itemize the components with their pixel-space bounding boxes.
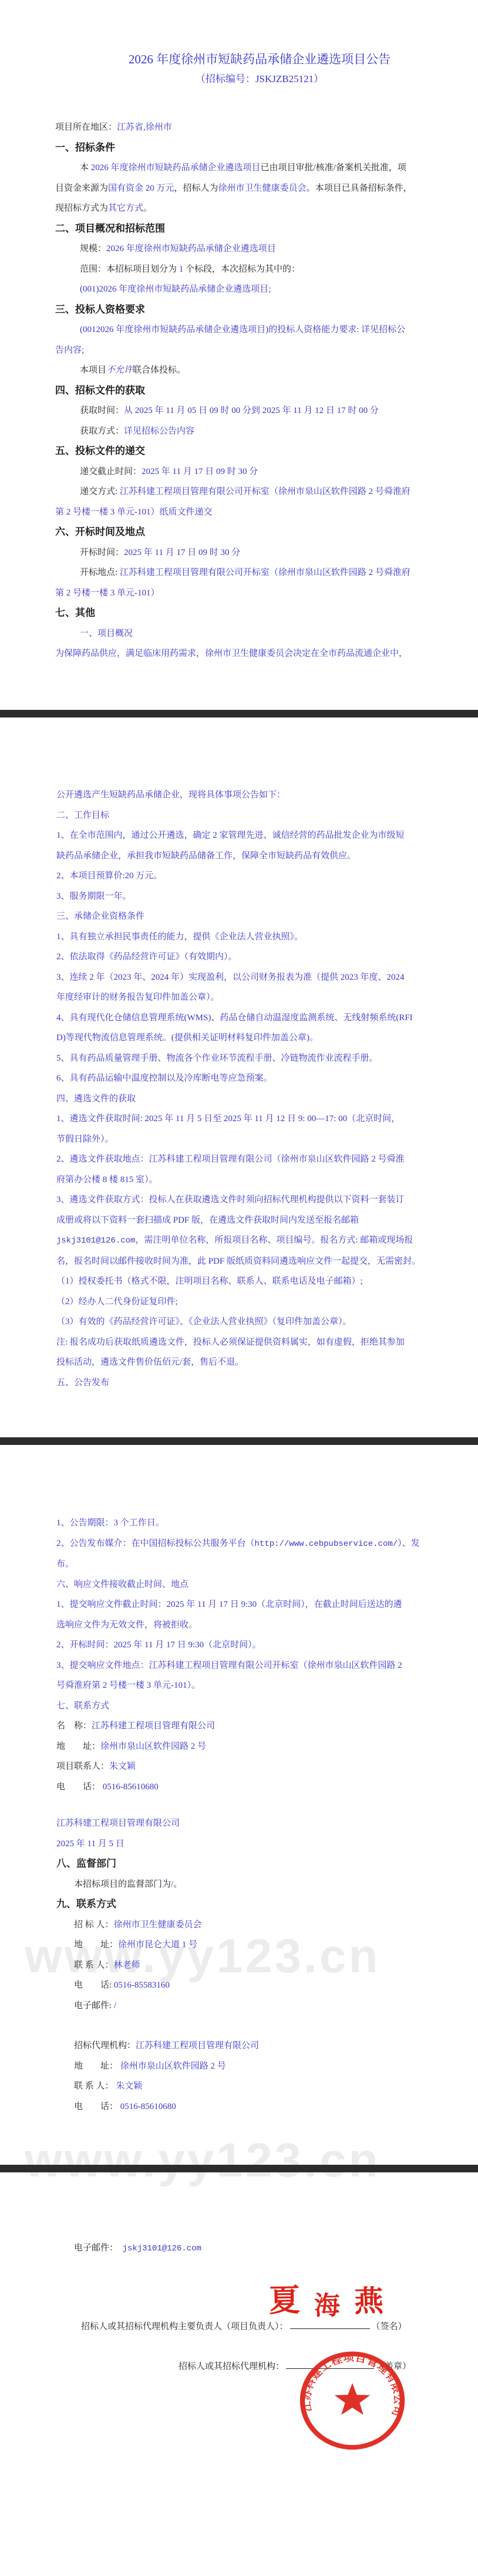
section-bidder-qualification: 三、投标人资格要求 (0012026 年度徐州市短缺药品承储企业遴选项目)的投标… bbox=[55, 300, 464, 381]
section-body: 本 2026 年度徐州市短缺药品承储企业遴选项目已由项目审批/核准/备案机关批准… bbox=[55, 158, 464, 219]
page-title: 2026 年度徐州市短缺药品承储企业遴选项目公告 bbox=[55, 50, 464, 68]
text-segment: 注: 报名成功后获取纸质遴选文件，投标人必须保证提供资料属实，如有虚假，拒绝其参… bbox=[56, 1338, 405, 1347]
text-segment: 2025 年 11 月 17 日 09 时 30 分 bbox=[142, 467, 258, 476]
text-line: 电子邮件： jskj3101@126.com bbox=[56, 2238, 466, 2259]
text-line: 三、承储企业资格条件 bbox=[56, 906, 466, 927]
text-line: 3、提交响应文件地点：江苏科建工程项目管理有限公司开标室（徐州市泉山区软件园路 … bbox=[56, 1656, 466, 1676]
section-tender-conditions: 一、招标条件 本 2026 年度徐州市短缺药品承储企业遴选项目已由项目审批/核准… bbox=[55, 138, 464, 219]
text-segment: 本项目 bbox=[80, 365, 106, 375]
text-line: 1、公告期限：3 个工作日。 bbox=[56, 1513, 466, 1534]
text-line: 2025 年 11 月 5 日 bbox=[56, 1834, 466, 1854]
signature-char: 海 bbox=[314, 2293, 341, 2325]
text-segment: 江苏科建工程项目管理有限公司 bbox=[92, 1721, 215, 1731]
page-break-bar bbox=[0, 2165, 478, 2172]
text-line: 七、联系方式 bbox=[56, 1696, 466, 1717]
section-body: 开标时间：2025 年 11 月 17 日 09 时 30 分开标地点: 江苏科… bbox=[55, 543, 464, 604]
page-3: 1、公告期限：3 个工作日。2、公告发布媒介：在中国招标投标公共服务平台（htt… bbox=[0, 1445, 478, 2165]
text-segment: 1、公告期限：3 个工作日。 bbox=[56, 1518, 164, 1528]
text-line: （1）授权委托书（格式不限，注明项目名称、联系人、联系电话及电子邮箱）; bbox=[56, 1271, 466, 1292]
text-segment: 0516-85610680 bbox=[103, 1782, 159, 1792]
text-segment: 名 称： bbox=[56, 1721, 92, 1731]
text-segment: 0516-85610680 bbox=[120, 2102, 176, 2111]
text-segment: 3、遴选文件获取方式：投标人在获取遴选文件时须向招标代理机构提供以下资料一套装订 bbox=[56, 1195, 405, 1204]
text-segment: 其它方式 bbox=[108, 204, 143, 213]
text-line: 名，报名时间以邮件接收时间为准，此 PDF 版纸质资料同遴选响应文件一起提交，无… bbox=[56, 1251, 466, 1272]
text-segment: 徐州市昆仑大道 1 号 bbox=[118, 1940, 197, 1949]
text-segment: 获取时间： bbox=[80, 406, 124, 415]
section-heading: 六、开标时间及地点 bbox=[55, 522, 464, 543]
text-segment: 八、监督部门 bbox=[56, 1858, 116, 1869]
text-segment: （1）授权委托书（格式不限，注明项目名称、联系人、联系电话及电子邮箱）; bbox=[56, 1277, 363, 1286]
section-heading: 七、其他 bbox=[55, 603, 464, 624]
text-segment: 九、联系方式 bbox=[56, 1898, 116, 1910]
text-line: 地 址：徐州市昆仑大道 1 号 bbox=[56, 1935, 466, 1955]
text-segment: 招 标 人： bbox=[74, 1920, 114, 1930]
text-segment: 地 址： bbox=[56, 1742, 100, 1751]
text-segment: 四、遴选文件的获取 bbox=[56, 1094, 136, 1103]
text-line: 一、项目概况 bbox=[55, 624, 464, 644]
text-line: 府第办公楼 8 楼 815 室）。 bbox=[56, 1170, 466, 1190]
text-line: 本招标项目的监督部门为/。 bbox=[56, 1874, 466, 1895]
text-line: 2、遴选文件获取地点：江苏科建工程项目管理有限公司（徐州市泉山区软件园路 2 号… bbox=[56, 1149, 466, 1170]
text-line: 3、遴选文件获取方式：投标人在获取遴选文件时须向招标代理机构提供以下资料一套装订 bbox=[56, 1190, 466, 1210]
text-segment: （2）经办人二代身份证复印件; bbox=[56, 1297, 178, 1306]
text-segment: ）、发 bbox=[398, 1539, 420, 1548]
section-body: 递交截止时间：2025 年 11 月 17 日 09 时 30 分递交方式: 江… bbox=[55, 462, 464, 523]
text-segment: 一、项目概况 bbox=[80, 629, 133, 638]
text-segment: 递交截止时间： bbox=[80, 467, 142, 476]
text-segment: 电 话： bbox=[74, 2102, 120, 2111]
text-segment: 招标代理机构： bbox=[74, 2041, 136, 2050]
text-segment: 徐州市泉山区软件园路 2 号 bbox=[100, 1742, 206, 1751]
text-segment: (001)2026 年度徐州市短缺药品承储企业遴选项目; bbox=[80, 285, 271, 294]
text-segment: 6、具有药品运输中温度控制以及冷库断电等应急预案。 bbox=[56, 1074, 272, 1083]
section-project-overview: 二、项目概况和招标范围 规模：2026 年度徐州市短缺药品承储企业遴选项目范围：… bbox=[55, 219, 464, 300]
text-line: 联 系 人： 朱文颖 bbox=[56, 2076, 466, 2097]
text-segment: 2026 年度徐州市短缺药品承储企业遴选项目 bbox=[91, 163, 261, 172]
text-line: 项目联系人：朱文颖 bbox=[56, 1756, 466, 1777]
text-segment: 1、遴选文件获取时间: 2025 年 11 月 5 日至 2025 年 11 月… bbox=[56, 1114, 400, 1123]
text-segment: (0012026 年度徐州市短缺药品承储企业遴选项目)的投标人资格能力要求: 详… bbox=[80, 325, 405, 334]
text-segment: 林老师 bbox=[114, 1961, 140, 1970]
text-line: 获取方式：详见招标公告内容 bbox=[55, 421, 464, 442]
text-line: 1、具有独立承担民事责任的能力，提供《企业法人营业执照》。 bbox=[56, 927, 466, 947]
text-line: (001)2026 年度徐州市短缺药品承储企业遴选项目; bbox=[55, 279, 464, 300]
text-segment: 国有资金 20 万元 bbox=[108, 184, 174, 193]
text-segment: 电 话: bbox=[74, 1981, 114, 1990]
text-segment: 目资金来源为 bbox=[55, 184, 108, 193]
text-line: 布。 bbox=[56, 1554, 466, 1575]
text-segment: 。 bbox=[173, 1880, 182, 1889]
text-segment: 1、具有独立承担民事责任的能力，提供《企业法人营业执照》。 bbox=[56, 932, 303, 942]
text-line: 节假日除外）。 bbox=[56, 1129, 466, 1150]
tender-number: （招标编号：JSKJZB25121） bbox=[55, 72, 464, 87]
text-segment: 开标地点: bbox=[80, 568, 120, 577]
text-segment: 江苏科建工程项目管理有限公司开标室（徐州市泉山区软件园路 2 号舜淮府 bbox=[120, 487, 410, 496]
text-line: 1、提交响应文件截止时间：2025 年 11 月 17 日 9:30（北京时间）… bbox=[56, 1595, 466, 1615]
text-segment: 江苏科建工程项目管理有限公司开标室（徐州市泉山区软件园路 2 号舜淮府 bbox=[120, 568, 410, 577]
text-segment: 联 系 人： bbox=[74, 2081, 116, 2091]
text-line: 递交方式: 江苏科建工程项目管理有限公司开标室（徐州市泉山区软件园路 2 号舜淮… bbox=[55, 482, 464, 502]
text-line: 江苏科建工程项目管理有限公司 bbox=[56, 1813, 466, 1834]
text-segment: ，需注明单位名称，所报项目名称、项目编号。报名方式: 邮箱或现场报 bbox=[135, 1235, 413, 1245]
text-segment: 公开遴选产生短缺药品承储企业，现将具体事项公告如下： bbox=[56, 790, 285, 800]
text-segment: 已由项目审批/核准/备案机关批准，项 bbox=[261, 163, 406, 172]
text-line: 电 话: 0516-85583160 bbox=[56, 1975, 466, 1996]
text-segment: 4、具有现代化仓储信息管理系统(WMS)、药品仓储自动温湿度监测系统、无线射频系… bbox=[56, 1013, 413, 1023]
text-line: 投标活动，遴选文件售价伍佰元/套，售后不退。 bbox=[56, 1352, 466, 1373]
text-line: 范围：本招标项目划分为 1 个标段，本次招标为其中的： bbox=[55, 259, 464, 280]
text-line: 名 称：江苏科建工程项目管理有限公司 bbox=[56, 1716, 466, 1736]
text-segment: 朱文颖 bbox=[109, 1762, 136, 1771]
section-body: 规模：2026 年度徐州市短缺药品承储企业遴选项目范围：本招标项目划分为 1 个… bbox=[55, 239, 464, 300]
text-segment: 3、服务期限一年。 bbox=[56, 892, 132, 901]
page-2: 公开遴选产生短缺药品承储企业，现将具体事项公告如下：二、工作目标1、在全市范围内… bbox=[0, 717, 478, 1437]
text-segment: jskj3101@126.com bbox=[123, 2244, 201, 2253]
text-line: 递交截止时间：2025 年 11 月 17 日 09 时 30 分 bbox=[55, 462, 464, 482]
text-segment: 江苏科建工程项目管理有限公司 bbox=[136, 2041, 259, 2050]
text-segment: 徐州市泉山区软件园路 2 号 bbox=[120, 2062, 226, 2071]
text-segment: 年度经审计的财务报告复印件加盖公章）。 bbox=[56, 993, 220, 1002]
section-heading: 二、项目概况和招标范围 bbox=[55, 219, 464, 239]
text-line: 二、工作目标 bbox=[56, 805, 466, 826]
text-segment: 江苏省,徐州市 bbox=[117, 123, 172, 132]
text-segment: 五、公告发布 bbox=[56, 1378, 109, 1387]
text-line: 公开遴选产生短缺药品承储企业，现将具体事项公告如下： bbox=[56, 785, 466, 805]
section-bid-submission: 五、投标文件的递交 递交截止时间：2025 年 11 月 17 日 09 时 3… bbox=[55, 441, 464, 522]
text-segment: 联 系 人： bbox=[74, 1961, 114, 1970]
section-body: 一、项目概况为保障药品供应，满足临床用药需求，徐州市卫生健康委员会决定在全市药品… bbox=[55, 624, 464, 664]
text-line: 1、遴选文件获取时间: 2025 年 11 月 5 日至 2025 年 11 月… bbox=[56, 1109, 466, 1129]
section-heading: 四、招标文件的获取 bbox=[55, 381, 464, 401]
text-line: 地 址：徐州市泉山区软件园路 2 号 bbox=[56, 1736, 466, 1757]
text-line: 招标人或其招标代理机构主要负责人（项目负责人）：（签名） bbox=[56, 2317, 466, 2337]
text-segment: 地 址： bbox=[74, 2062, 120, 2071]
text-segment: 布。 bbox=[56, 1559, 74, 1569]
section-bid-opening: 六、开标时间及地点 开标时间：2025 年 11 月 17 日 09 时 30 … bbox=[55, 522, 464, 603]
section-document-acquisition: 四、招标文件的获取 获取时间：从 2025 年 11 月 05 日 09 时 0… bbox=[55, 381, 464, 442]
text-segment: 投标活动，遴选文件售价伍佰元/套，售后不退。 bbox=[56, 1358, 244, 1367]
text-segment: 告内容; bbox=[55, 346, 84, 355]
section-body: 获取时间：从 2025 年 11 月 05 日 09 时 00 分到 2025 … bbox=[55, 401, 464, 441]
text-line: 5、具有药品质量管理手册、物流各个作业环节流程手册、冷链物流作业流程手册。 bbox=[56, 1048, 466, 1069]
section-body: (0012026 年度徐州市短缺药品承储企业遴选项目)的投标人资格能力要求: 详… bbox=[55, 320, 464, 381]
text-segment: 六、响应文件接收截止时间、地点 bbox=[56, 1580, 188, 1589]
text-segment: （3）有效的《药品经营许可证》、《企业法人营业执照》（复印件加盖公章）。 bbox=[56, 1317, 352, 1326]
page-3-body: 1、公告期限：3 个工作日。2、公告发布媒介：在中国招标投标公共服务平台（htt… bbox=[56, 1513, 466, 2117]
text-line: jskj3101@126.com，需注明单位名称，所报项目名称、项目编号。报名方… bbox=[56, 1230, 466, 1251]
text-line: 开标时间：2025 年 11 月 17 日 09 时 30 分 bbox=[55, 543, 464, 563]
text-segment: D)等现代物流信息管理系统。(提供相关证明材料复印件加盖公章)。 bbox=[56, 1033, 318, 1042]
text-segment: 2026 年度徐州市短缺药品承储企业遴选项目 bbox=[106, 244, 276, 253]
text-line: 4、具有现代化仓储信息管理系统(WMS)、药品仓储自动温湿度监测系统、无线射频系… bbox=[56, 1008, 466, 1028]
section-others: 七、其他 一、项目概况为保障药品供应，满足临床用药需求，徐州市卫生健康委员会决定… bbox=[55, 603, 464, 664]
page-break-bar bbox=[0, 1437, 478, 1445]
text-segment: 3、提交响应文件地点：江苏科建工程项目管理有限公司开标室（徐州市泉山区软件园路 … bbox=[56, 1661, 402, 1670]
text-line: （3）有效的《药品经营许可证》、《企业法人营业执照》（复印件加盖公章）。 bbox=[56, 1312, 466, 1332]
text-line: 2、依法取得《药品经营许可证》（有效期内）。 bbox=[56, 947, 466, 967]
text-line: 获取时间：从 2025 年 11 月 05 日 09 时 00 分到 2025 … bbox=[55, 401, 464, 421]
text-segment: 从 2025 年 11 月 05 日 09 时 00 分到 2025 年 11 … bbox=[124, 406, 379, 415]
text-line: 招标代理机构：江苏科建工程项目管理有限公司 bbox=[56, 2036, 466, 2056]
text-segment: 朱文颖 bbox=[116, 2081, 142, 2091]
text-segment: 选响应文件为无效文件，将被拒收。 bbox=[56, 1620, 197, 1630]
text-line: 6、具有药品运输中温度控制以及冷库断电等应急预案。 bbox=[56, 1068, 466, 1089]
text-line: 电 话： 0516-85610680 bbox=[56, 1777, 466, 1798]
text-line: 本 2026 年度徐州市短缺药品承储企业遴选项目已由项目审批/核准/备案机关批准… bbox=[55, 158, 464, 178]
page-2-body: 公开遴选产生短缺药品承储企业，现将具体事项公告如下：二、工作目标1、在全市范围内… bbox=[56, 785, 466, 1393]
text-line: 电 话： 0516-85610680 bbox=[56, 2097, 466, 2117]
text-segment: 项目所在地区： bbox=[55, 123, 117, 132]
text-line: 招 标 人：徐州市卫生健康委员会 bbox=[56, 1915, 466, 1935]
text-line: 电子邮件: / bbox=[56, 1996, 466, 2016]
text-segment: 详见招标公告内容 bbox=[124, 426, 194, 436]
text-segment: 招标人或其招标代理机构： bbox=[179, 2362, 284, 2371]
text-segment: 现招标方式为 bbox=[55, 204, 108, 213]
project-region-line: 项目所在地区：江苏省,徐州市 bbox=[55, 117, 464, 138]
text-segment: 为保障药品供应，满足临床用药需求，徐州市卫生健康委员会决定在全市药品流通企业中， bbox=[55, 649, 408, 658]
text-segment: 三、承储企业资格条件 bbox=[56, 912, 144, 921]
page-break-bar bbox=[0, 710, 478, 717]
text-line: （2）经办人二代身份证复印件; bbox=[56, 1292, 466, 1312]
text-line: D)等现代物流信息管理系统。(提供相关证明材料复印件加盖公章)。 bbox=[56, 1028, 466, 1048]
text-segment: 2、公告发布媒介：在中国招标投标公共服务平台（ bbox=[56, 1539, 255, 1548]
section-heading: 八、监督部门 bbox=[56, 1854, 466, 1874]
text-segment: 范围：本招标项目划分为 bbox=[80, 265, 179, 274]
text-segment: 地 址： bbox=[74, 1940, 118, 1949]
text-segment: 。 bbox=[143, 204, 152, 213]
text-segment: 第 2 号楼一楼 3 单元-101）纸质文件递交 bbox=[55, 507, 213, 517]
text-segment: 2、本项目预算价:20 万元。 bbox=[56, 871, 162, 881]
text-segment: 第 2 号楼一楼 3 单元-101） bbox=[55, 588, 160, 598]
page-4: 电子邮件： jskj3101@126.com招标人或其招标代理机构主要负责人（项… bbox=[0, 2172, 478, 2576]
text-line: (0012026 年度徐州市短缺药品承储企业遴选项目)的投标人资格能力要求: 详… bbox=[55, 320, 464, 340]
text-segment: ，招标人为 bbox=[174, 184, 218, 193]
text-segment: 江苏科建工程项目管理有限公司 bbox=[56, 1819, 180, 1828]
text-line: 缺药品承储企业，承担我市短缺药品储备工作，保障全市短缺药品有效供应。 bbox=[56, 846, 466, 866]
text-line: 1、在全市范围内，通过公开遴选，确定 2 家管理先进、诚信经营的药品批发企业为市… bbox=[56, 825, 466, 846]
text-line: 五、公告发布 bbox=[56, 1373, 466, 1393]
text-segment: 联合体投标。 bbox=[133, 365, 186, 375]
text-segment: 2025 年 11 月 5 日 bbox=[56, 1839, 124, 1849]
section-heading: 三、投标人资格要求 bbox=[55, 300, 464, 320]
text-line: 告内容; bbox=[55, 340, 464, 361]
text-segment: 缺药品承储企业，承担我市短缺药品储备工作，保障全市短缺药品有效供应。 bbox=[56, 851, 356, 861]
text-line: 现招标方式为其它方式。 bbox=[55, 198, 464, 219]
text-line: 3、服务期限一年。 bbox=[56, 886, 466, 907]
signature-char: 燕 bbox=[354, 2286, 383, 2318]
text-segment: / bbox=[114, 2001, 116, 2010]
text-segment: （签名） bbox=[372, 2322, 407, 2331]
signature-char: 夏 bbox=[268, 2286, 300, 2317]
text-segment: 2、开标时间：2025 年 11 月 17 日 9:30（北京时间）。 bbox=[56, 1640, 261, 1650]
text-segment: 电 话： bbox=[56, 1782, 103, 1792]
text-line: 2、开标时间：2025 年 11 月 17 日 9:30（北京时间）。 bbox=[56, 1635, 466, 1656]
text-segment: jskj3101@126.com bbox=[56, 1236, 135, 1245]
text-segment: 电子邮件： bbox=[74, 2243, 123, 2253]
page-1: 2026 年度徐州市短缺药品承储企业遴选项目公告 （招标编号：JSKJZB251… bbox=[0, 0, 478, 710]
section-heading: 九、联系方式 bbox=[56, 1894, 466, 1915]
text-segment: 获取方式： bbox=[80, 426, 124, 436]
text-line: 成册或将以下资料一套扫描成 PDF 版，在遴选文件获取时间内发送至报名邮箱 bbox=[56, 1210, 466, 1231]
text-segment: 5、具有药品质量管理手册、物流各个作业环节流程手册、冷链物流作业流程手册。 bbox=[56, 1054, 378, 1063]
text-line: 为保障药品供应，满足临床用药需求，徐州市卫生健康委员会决定在全市药品流通企业中， bbox=[55, 644, 464, 664]
text-segment: 七、联系方式 bbox=[56, 1701, 109, 1711]
text-segment: 府第办公楼 8 楼 815 室）。 bbox=[56, 1175, 158, 1184]
text-line: 联 系 人：林老师 bbox=[56, 1955, 466, 1976]
text-segment: 。本项目已具备招标条件， bbox=[307, 184, 412, 193]
section-heading: 五、投标文件的递交 bbox=[55, 441, 464, 462]
text-segment: http://www.cebpubservice.com/ bbox=[255, 1539, 398, 1549]
text-line: 目资金来源为国有资金 20 万元，招标人为徐州市卫生健康委员会。本项目已具备招标… bbox=[55, 178, 464, 199]
text-segment: 规模： bbox=[80, 244, 106, 253]
text-segment: 号舜淮府第 2 号楼一楼 3 单元-101）。 bbox=[56, 1681, 200, 1690]
text-segment: 二、工作目标 bbox=[56, 811, 109, 820]
text-line: 年度经审计的财务报告复印件加盖公章）。 bbox=[56, 987, 466, 1008]
text-segment: 1、在全市范围内，通过公开遴选，确定 2 家管理先进、诚信经营的药品批发企业为市… bbox=[56, 831, 405, 840]
seal-star-icon bbox=[335, 2383, 371, 2415]
text-segment: 成册或将以下资料一套扫描成 PDF 版，在遴选文件获取时间内发送至报名邮箱 bbox=[56, 1216, 359, 1225]
text-segment: 电子邮件: bbox=[74, 2001, 114, 2010]
text-segment: 本 bbox=[80, 163, 91, 172]
text-segment: 招标人或其招标代理机构主要负责人（项目负责人）： bbox=[81, 2322, 288, 2331]
text-line: 本项目不允许联合体投标。 bbox=[55, 360, 464, 381]
text-line: 规模：2026 年度徐州市短缺药品承储企业遴选项目 bbox=[55, 239, 464, 259]
text-segment: 个标段，本次招标为其中的： bbox=[183, 265, 300, 274]
text-segment: 2、依法取得《药品经营许可证》（有效期内）。 bbox=[56, 952, 237, 962]
text-line: 3、连续 2 年（2023 年、2024 年）实现盈利，以公司财务报表为准（提供… bbox=[56, 967, 466, 988]
text-line: 2、公告发布媒介：在中国招标投标公共服务平台（http://www.cebpub… bbox=[56, 1534, 466, 1555]
text-segment: 不允许 bbox=[106, 365, 133, 375]
text-line: 地 址： 徐州市泉山区软件园路 2 号 bbox=[56, 2056, 466, 2077]
section-heading: 一、招标条件 bbox=[55, 138, 464, 158]
text-line: 六、响应文件接收截止时间、地点 bbox=[56, 1575, 466, 1595]
text-segment: 本招标项目的监督部门为 bbox=[74, 1880, 171, 1889]
text-segment: 3、连续 2 年（2023 年、2024 年）实现盈利，以公司财务报表为准（提供… bbox=[56, 973, 405, 982]
text-segment: 0516-85583160 bbox=[114, 1981, 170, 1990]
document-page: www.yy123.cn www.yy123.cn 2026 年度徐州市短缺药品… bbox=[0, 0, 478, 2576]
text-segment: 递交方式: bbox=[80, 487, 120, 496]
signature-xiahaiyan: 夏 海 燕 bbox=[269, 2287, 384, 2320]
text-segment: 2、遴选文件获取地点：江苏科建工程项目管理有限公司（徐州市泉山区软件园路 2 号… bbox=[56, 1155, 405, 1164]
text-segment: 开标时间： bbox=[80, 548, 124, 557]
text-line: 开标地点: 江苏科建工程项目管理有限公司开标室（徐州市泉山区软件园路 2 号舜淮… bbox=[55, 563, 464, 583]
text-line: 号舜淮府第 2 号楼一楼 3 单元-101）。 bbox=[56, 1675, 466, 1696]
company-seal: 江苏科建工程项目管理有限公司 bbox=[297, 2348, 408, 2453]
text-segment: 徐州市卫生健康委员会 bbox=[218, 184, 307, 193]
text-line: 项目所在地区：江苏省,徐州市 bbox=[55, 117, 464, 138]
text-line: 注: 报名成功后获取纸质遴选文件，投标人必须保证提供资料属实，如有虚假，拒绝其参… bbox=[56, 1332, 466, 1353]
text-segment: 名，报名时间以邮件接收时间为准，此 PDF 版纸质资料同遴选响应文件一起提交，无… bbox=[56, 1257, 420, 1266]
text-line: 选响应文件为无效文件，将被拒收。 bbox=[56, 1615, 466, 1636]
text-line: 第 2 号楼一楼 3 单元-101） bbox=[55, 583, 464, 604]
text-line: 第 2 号楼一楼 3 单元-101）纸质文件递交 bbox=[55, 502, 464, 523]
text-line: 四、遴选文件的获取 bbox=[56, 1089, 466, 1109]
text-segment: 2025 年 11 月 17 日 09 时 30 分 bbox=[124, 548, 240, 557]
text-segment: 项目联系人： bbox=[56, 1762, 109, 1771]
text-line: 2、本项目预算价:20 万元。 bbox=[56, 866, 466, 886]
text-segment: 1、提交响应文件截止时间：2025 年 11 月 17 日 9:30（北京时间）… bbox=[56, 1600, 402, 1609]
text-segment: 徐州市卫生健康委员会 bbox=[114, 1920, 202, 1930]
text-segment: 节假日除外）。 bbox=[56, 1135, 114, 1144]
